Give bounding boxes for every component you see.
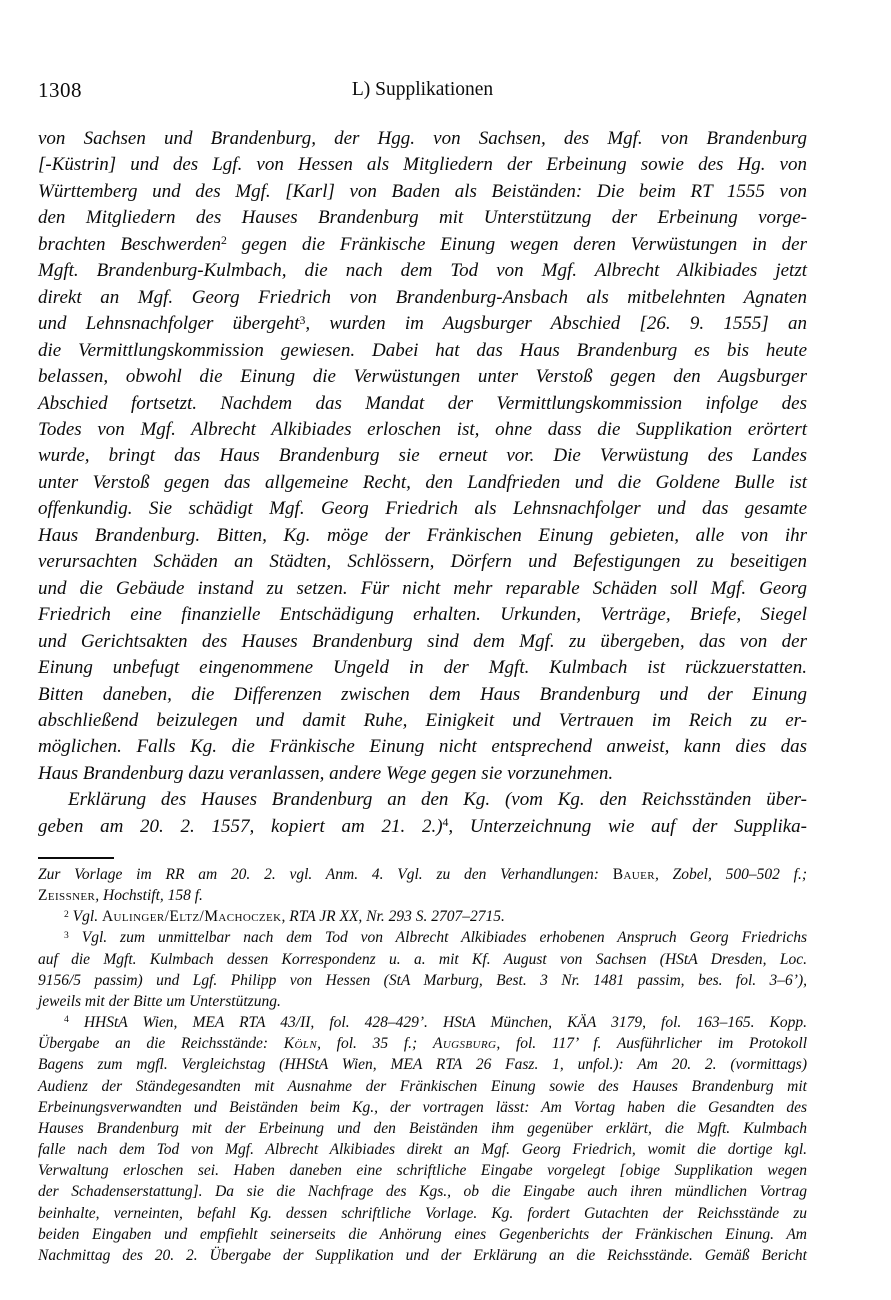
text-line: Übergabe an die Reichsstände: Köln, fol.…: [38, 1033, 807, 1054]
text-line: beinhalte, verneinten, befahl Kg. dessen…: [38, 1203, 807, 1224]
text-line: wurde, bringt das Haus Brandenburg sie e…: [38, 443, 807, 469]
text-line: und die Gebäude instand zu setzen. Für n…: [38, 576, 807, 602]
text-line: 2 Vgl. Aulinger/Eltz/Machoczek, RTA JR X…: [38, 906, 807, 927]
body-text: von Sachsen und Brandenburg, der Hgg. vo…: [38, 126, 807, 840]
text-line: der Schadenserstattung]. Da sie die Nach…: [38, 1181, 807, 1202]
text-line: Erbeinungsverwandten und Beiständen beim…: [38, 1097, 807, 1118]
text-line: auf die Mgft. Kulmbach dessen Korrespond…: [38, 949, 807, 970]
text-line: Bitten daneben, die Differenzen zwischen…: [38, 682, 807, 708]
footnotes: Zur Vorlage im RR am 20. 2. vgl. Anm. 4.…: [38, 864, 807, 1266]
text-line: geben am 20. 2. 1557, kopiert am 21. 2.)…: [38, 814, 807, 840]
text-line: Württemberg und des Mgf. [Karl] von Bade…: [38, 179, 807, 205]
page-header: 1308 L) Supplikationen: [38, 78, 807, 104]
text-line: von Sachsen und Brandenburg, der Hgg. vo…: [38, 126, 807, 152]
text-line: Friedrich eine finanzielle Entschädigung…: [38, 602, 807, 628]
text-line: die Vermittlungskommission gewiesen. Dab…: [38, 338, 807, 364]
text-line: und Lehnsnachfolger übergeht3, wurden im…: [38, 311, 807, 337]
text-line: jeweils mit der Bitte um Unterstützung.: [38, 991, 807, 1012]
text-line: abschließend beizulegen und damit Ruhe, …: [38, 708, 807, 734]
text-line: offenkundig. Sie schädigt Mgf. Georg Fri…: [38, 496, 807, 522]
text-line: Bagens zum mgfl. Vergleichstag (HHStA Wi…: [38, 1054, 807, 1075]
text-line: belassen, obwohl die Einung die Verwüstu…: [38, 364, 807, 390]
text-line: [-Küstrin] und des Lgf. von Hessen als M…: [38, 152, 807, 178]
text-line: Zur Vorlage im RR am 20. 2. vgl. Anm. 4.…: [38, 864, 807, 885]
text-line: Mgft. Brandenburg-Kulmbach, die nach dem…: [38, 258, 807, 284]
book-page: 1308 L) Supplikationen von Sachsen und B…: [0, 0, 891, 1300]
text-line: den Mitgliedern des Hauses Brandenburg m…: [38, 205, 807, 231]
text-line: Abschied fortsetzt. Nachdem das Mandat d…: [38, 391, 807, 417]
text-line: Hauses Brandenburg mit der Erbeinung und…: [38, 1118, 807, 1139]
text-line: möglichen. Falls Kg. die Fränkische Einu…: [38, 734, 807, 760]
text-line: falle nach dem Tod von Mgf. Albrecht Alk…: [38, 1139, 807, 1160]
text-line: 3 Vgl. zum unmittelbar nach dem Tod von …: [38, 927, 807, 948]
text-line: und Gerichtsakten des Hauses Brandenburg…: [38, 629, 807, 655]
text-line: Verwaltung erloschen sei. Haben daneben …: [38, 1160, 807, 1181]
text-line: Todes von Mgf. Albrecht Alkibiades erlos…: [38, 417, 807, 443]
text-line: Einung unbefugt eingenommene Ungeld in d…: [38, 655, 807, 681]
text-line: Zeissner, Hochstift, 158 f.: [38, 885, 807, 906]
text-line: direkt an Mgf. Georg Friedrich von Brand…: [38, 285, 807, 311]
text-line: brachten Beschwerden2 gegen die Fränkisc…: [38, 232, 807, 258]
text-line: Audienz der Ständegesandten mit Ausnahme…: [38, 1076, 807, 1097]
text-line: verursachten Schäden an Städten, Schlöss…: [38, 549, 807, 575]
text-line: Erklärung des Hauses Brandenburg an den …: [38, 787, 807, 813]
text-line: 4 HHStA Wien, MEA RTA 43/II, fol. 428–42…: [38, 1012, 807, 1033]
text-line: 9156/5 passim) und Lgf. Philipp von Hess…: [38, 970, 807, 991]
text-line: beiden Eingaben und empfiehlt seinerseit…: [38, 1224, 807, 1245]
text-line: Nachmittag des 20. 2. Übergabe der Suppl…: [38, 1245, 807, 1266]
footnote-separator: [38, 857, 114, 859]
running-header-title: L) Supplikationen: [38, 79, 807, 101]
text-line: Haus Brandenburg dazu veranlassen, ander…: [38, 761, 807, 787]
text-line: unter Verstoß gegen das allgemeine Recht…: [38, 470, 807, 496]
text-line: Haus Brandenburg. Bitten, Kg. möge der F…: [38, 523, 807, 549]
